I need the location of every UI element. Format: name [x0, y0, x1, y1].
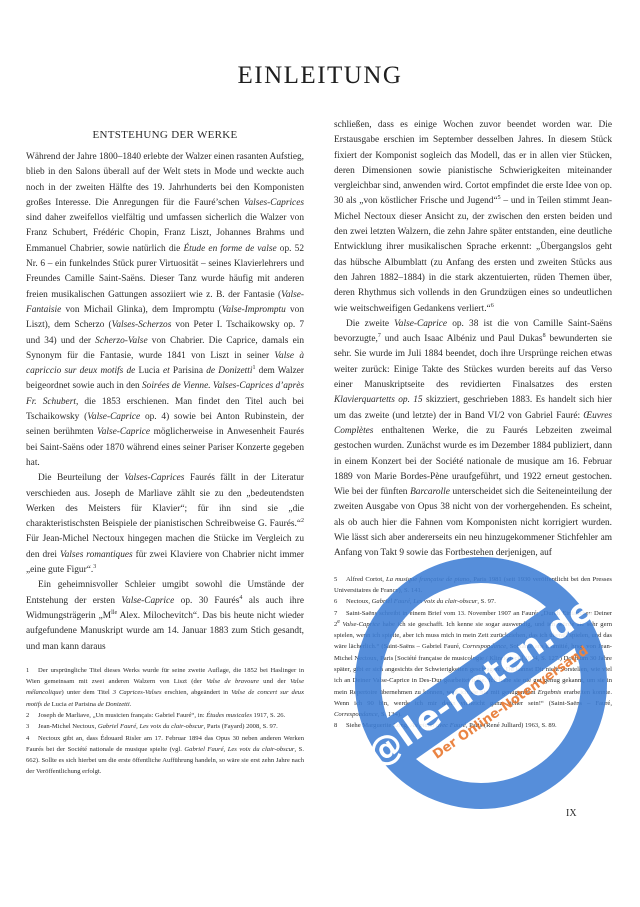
italic-text: Valse-Impromptu — [222, 305, 286, 315]
italic-text: La musique française de piano — [386, 576, 469, 583]
italic-text: Valse-Caprice — [97, 427, 150, 437]
italic-text: Au piano avec Fauré — [410, 722, 465, 729]
italic-text: Étude en forme de valse — [183, 244, 276, 254]
footnote-ref: 6 — [491, 302, 494, 308]
footnote-number: 6 — [334, 596, 346, 607]
left-column: ENTSTEHUNG DER WERKE Während der Jahre 1… — [26, 122, 304, 778]
footnote: 8Siehe Marguerite Long, Au piano avec Fa… — [334, 720, 612, 731]
footnote-number: 4 — [26, 733, 38, 744]
italic-text: et — [163, 366, 170, 376]
footnote-ref: 2 — [301, 518, 304, 524]
footnote-number: 3 — [26, 721, 38, 732]
italic-text: Gabriel Fauré, Les voix du clair-obscur — [372, 598, 478, 605]
right-footnotes: 5Alfred Cortot, La musique française de … — [334, 574, 612, 732]
italic-text: Valse-Caprice — [87, 412, 140, 422]
paragraph: Die Beurteilung der Valses-Caprices Faur… — [26, 471, 304, 578]
italic-text: Valses-Caprices — [124, 473, 184, 483]
footnote: 6Nectoux, Gabriel Fauré, Les voix du cla… — [334, 596, 612, 607]
italic-text: de Donizetti — [206, 366, 252, 376]
page-title: EINLEITUNG — [0, 62, 640, 90]
italic-text: Études musicales — [206, 712, 252, 719]
right-body-text: schließen, dass es einige Wochen zuvor b… — [334, 118, 612, 562]
footnote: 4Nectoux gibt an, dass Édouard Risler am… — [26, 733, 304, 778]
italic-text: Valse-Caprice — [343, 621, 380, 628]
italic-text: Valses-Scherzos — [112, 320, 172, 330]
footnote-ref: 7 — [378, 333, 381, 339]
footnote: 3Jean-Michel Nectoux, Gabriel Fauré, Les… — [26, 721, 304, 732]
footnote-ref: e — [337, 619, 340, 625]
italic-text: Gabriel Fauré, Les voix du clair-obscur — [184, 746, 294, 753]
italic-text: Valse-Caprice — [121, 596, 174, 606]
italic-text: Ergebnis — [538, 689, 562, 696]
footnote-ref: 5 — [498, 195, 501, 201]
footnote-number: 5 — [334, 574, 346, 585]
footnote-number: 7 — [334, 608, 346, 619]
footnote: 5Alfred Cortot, La musique française de … — [334, 574, 612, 597]
page-number: IX — [566, 808, 577, 819]
left-footnotes: 1Der ursprüngliche Titel dieses Werks wu… — [26, 665, 304, 778]
left-body-text: Während der Jahre 1800–1840 erlebte der … — [26, 150, 304, 655]
footnote-ref: 4 — [239, 595, 242, 601]
paragraph: schließen, dass es einige Wochen zuvor b… — [334, 118, 612, 317]
italic-text: et — [68, 701, 73, 708]
footnote-number: 2 — [26, 710, 38, 721]
section-heading: ENTSTEHUNG DER WERKE — [26, 129, 304, 141]
italic-text: Gabriel Fauré, Les voix du clair-obscur — [98, 723, 204, 730]
italic-text: Valses romantiques — [60, 550, 133, 560]
footnote-ref: lle — [111, 610, 117, 616]
italic-text: Klavierquartetts op. 15 — [334, 395, 423, 405]
right-column: schließen, dass es einige Wochen zuvor b… — [334, 118, 612, 732]
footnote-number: 8 — [334, 720, 346, 731]
italic-text: Valses-Caprices — [244, 198, 304, 208]
italic-text: Correspondance — [334, 711, 378, 718]
italic-text: Scherzo-Valse — [95, 336, 147, 346]
paragraph: Ein geheimnisvoller Schleier umgibt sowo… — [26, 578, 304, 654]
italic-text: Correspondance — [462, 643, 506, 650]
italic-text: Œuvres Complètes — [334, 411, 612, 436]
footnote-ref: 1 — [252, 365, 255, 371]
italic-text: Valse de bravoure — [206, 678, 259, 685]
italic-text: Barcarolle — [410, 487, 450, 497]
footnote: 1Der ursprüngliche Titel dieses Werks wu… — [26, 665, 304, 710]
italic-text: Soirées de Vienne. Valses-Caprices d’apr… — [26, 381, 304, 406]
italic-text: de Donizetti — [98, 701, 130, 708]
italic-text: 3 Caprices-Valses — [113, 689, 162, 696]
footnote-ref: 3 — [93, 564, 96, 570]
footnote-number: 1 — [26, 665, 38, 676]
footnote: 2Joseph de Marliave, „Un musicien frança… — [26, 710, 304, 721]
footnote-ref: 8 — [543, 333, 546, 339]
footnote: 7Saint-Saëns schreibt in einem Brief vom… — [334, 608, 612, 721]
paragraph: Während der Jahre 1800–1840 erlebte der … — [26, 150, 304, 471]
paragraph: Die zweite Valse-Caprice op. 38 ist die … — [334, 317, 612, 562]
italic-text: Valse-Caprice — [394, 319, 447, 329]
